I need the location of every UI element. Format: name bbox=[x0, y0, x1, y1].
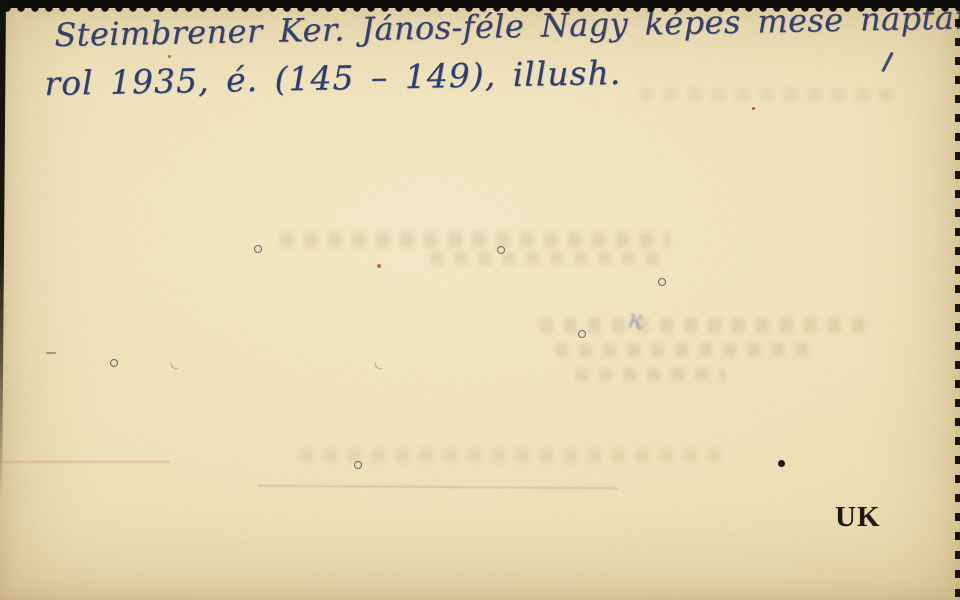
archival-card: Steimbrener Ker. János-féle Nagy képes m… bbox=[0, 0, 960, 600]
ink-squiggle bbox=[170, 360, 179, 370]
ink-ring-speck bbox=[110, 359, 118, 367]
bleed-through-smudge bbox=[540, 318, 870, 333]
ink-ring-speck bbox=[354, 461, 362, 469]
ink-ring-speck bbox=[254, 245, 262, 253]
ink-ring-speck bbox=[497, 246, 505, 254]
pink-line bbox=[258, 485, 618, 490]
pencil-tick bbox=[46, 352, 56, 354]
red-speck bbox=[377, 264, 381, 268]
top-edge-band bbox=[0, 0, 960, 8]
bleed-through-smudge bbox=[555, 343, 815, 357]
handwriting-line-2: rol 1935, é. (145 – 149), illush. bbox=[44, 53, 622, 103]
bleed-through-smudge bbox=[280, 232, 670, 248]
perforated-top-edge bbox=[0, 0, 960, 15]
ink-squiggle bbox=[374, 360, 383, 370]
red-speck bbox=[168, 55, 171, 58]
ink-ring-speck bbox=[578, 330, 586, 338]
uk-stamp: UK bbox=[835, 501, 881, 534]
right-perforation-dashes bbox=[955, 0, 960, 600]
top-edge-teeth bbox=[0, 8, 960, 15]
ink-stroke bbox=[881, 52, 894, 73]
ink-dot bbox=[778, 460, 785, 467]
bleed-through-smudge bbox=[300, 448, 720, 463]
faint-blue-mark: ĸ bbox=[626, 304, 656, 337]
bleed-through-smudge bbox=[430, 252, 670, 265]
bleed-through-smudge bbox=[640, 88, 900, 102]
pink-line bbox=[0, 461, 170, 463]
bleed-through-smudge bbox=[575, 368, 725, 381]
red-speck bbox=[752, 107, 755, 110]
ink-ring-speck bbox=[658, 278, 666, 286]
left-scan-edge bbox=[0, 0, 7, 500]
